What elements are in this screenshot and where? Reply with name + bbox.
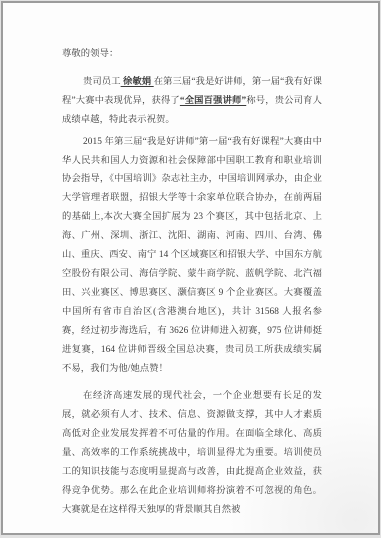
paragraph-competition-overview: 2015 年第三届“我是好讲师”第一届“我有好课程”大赛由中华人民共和国人力资源… [62, 133, 322, 379]
underlined-text: “全国百强讲师” [180, 96, 246, 106]
text-segment: 2015 年第三届“我是好讲师”第一届“我有好课程”大赛由中华人民共和国人力资源… [62, 137, 322, 374]
paragraph-list: 贵司员工 徐敏娟 在第三届“我是好讲师，第一届“我有好课程”大赛中表现优异，获得… [62, 73, 322, 520]
underlined-text: 徐敏娟 [121, 77, 154, 87]
letter-body: 尊敬的领导： 贵司员工 徐敏娟 在第三届“我是好讲师，第一届“我有好课程”大赛中… [62, 45, 322, 520]
paragraph-congratulations: 贵司员工 徐敏娟 在第三届“我是好讲师，第一届“我有好课程”大赛中表现优异，获得… [62, 73, 322, 130]
paragraph-training-importance: 在经济高速发展的现代社会，一个企业想要有长足的发展，就必须有人才、技术、信息、资… [62, 387, 322, 519]
document-page: 尊敬的领导： 贵司员工 徐敏娟 在第三届“我是好讲师，第一届“我有好课程”大赛中… [1, 1, 380, 535]
text-segment: 在经济高速发展的现代社会，一个企业想要有长足的发展，就必须有人才、技术、信息、资… [62, 391, 322, 514]
text-segment: 贵司员工 [83, 77, 121, 87]
greeting-line: 尊敬的领导： [62, 45, 322, 64]
